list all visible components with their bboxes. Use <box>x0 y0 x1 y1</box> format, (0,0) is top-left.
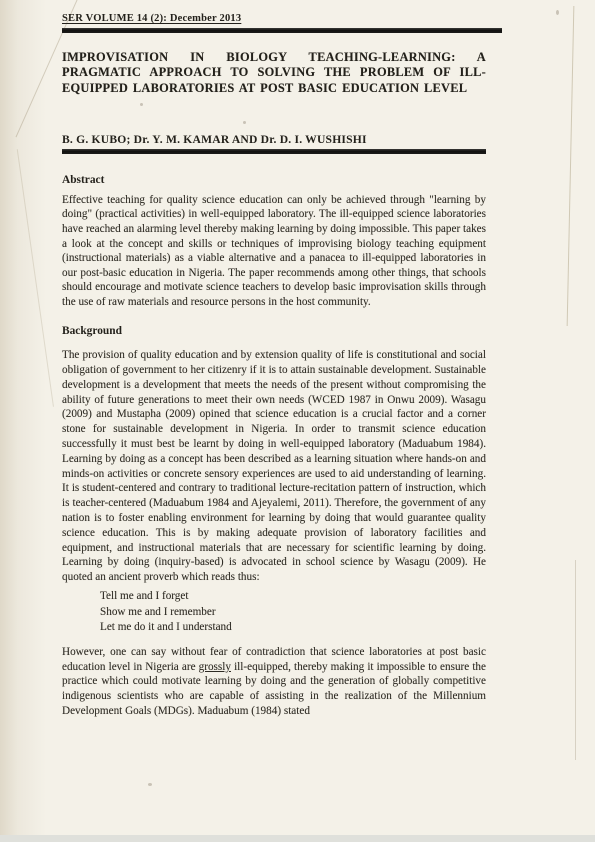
proverb-line-3: Let me do it and I understand <box>100 620 486 636</box>
scanned-document-page: SER VOLUME 14 (2): December 2013 IMPROVI… <box>0 0 595 842</box>
proverb-line-2: Show me and I remember <box>100 605 486 621</box>
scan-bottom-edge-strip <box>0 835 595 842</box>
journal-header-text: SER VOLUME 14 (2): December 2013 <box>62 13 241 24</box>
para2-underlined-word: grossly <box>199 661 231 673</box>
background-heading: Background <box>62 325 486 337</box>
authors-rule <box>62 149 486 154</box>
proverb-block: Tell me and I forget Show me and I remem… <box>100 589 486 636</box>
paper-title: IMPROVISATION IN BIOLOGY TEACHING-LEARNI… <box>62 50 486 96</box>
scan-right-edge-line <box>567 6 575 326</box>
abstract-heading: Abstract <box>62 174 486 186</box>
scan-speck <box>556 10 559 15</box>
background-paragraph-1: The provision of quality education and b… <box>62 348 486 585</box>
header-rule <box>62 28 502 33</box>
scan-crease-left <box>0 149 54 411</box>
journal-header: SER VOLUME 14 (2): December 2013 <box>62 13 486 24</box>
scan-speck <box>148 783 152 786</box>
abstract-body: Effective teaching for quality science e… <box>62 193 486 309</box>
scan-right-edge-line-lower <box>575 560 576 760</box>
page-content: SER VOLUME 14 (2): December 2013 IMPROVI… <box>62 0 486 719</box>
authors-line: B. G. KUBO; Dr. Y. M. KAMAR AND Dr. D. I… <box>62 133 486 146</box>
proverb-line-1: Tell me and I forget <box>100 589 486 605</box>
background-paragraph-2: However, one can say without fear of con… <box>62 645 486 719</box>
